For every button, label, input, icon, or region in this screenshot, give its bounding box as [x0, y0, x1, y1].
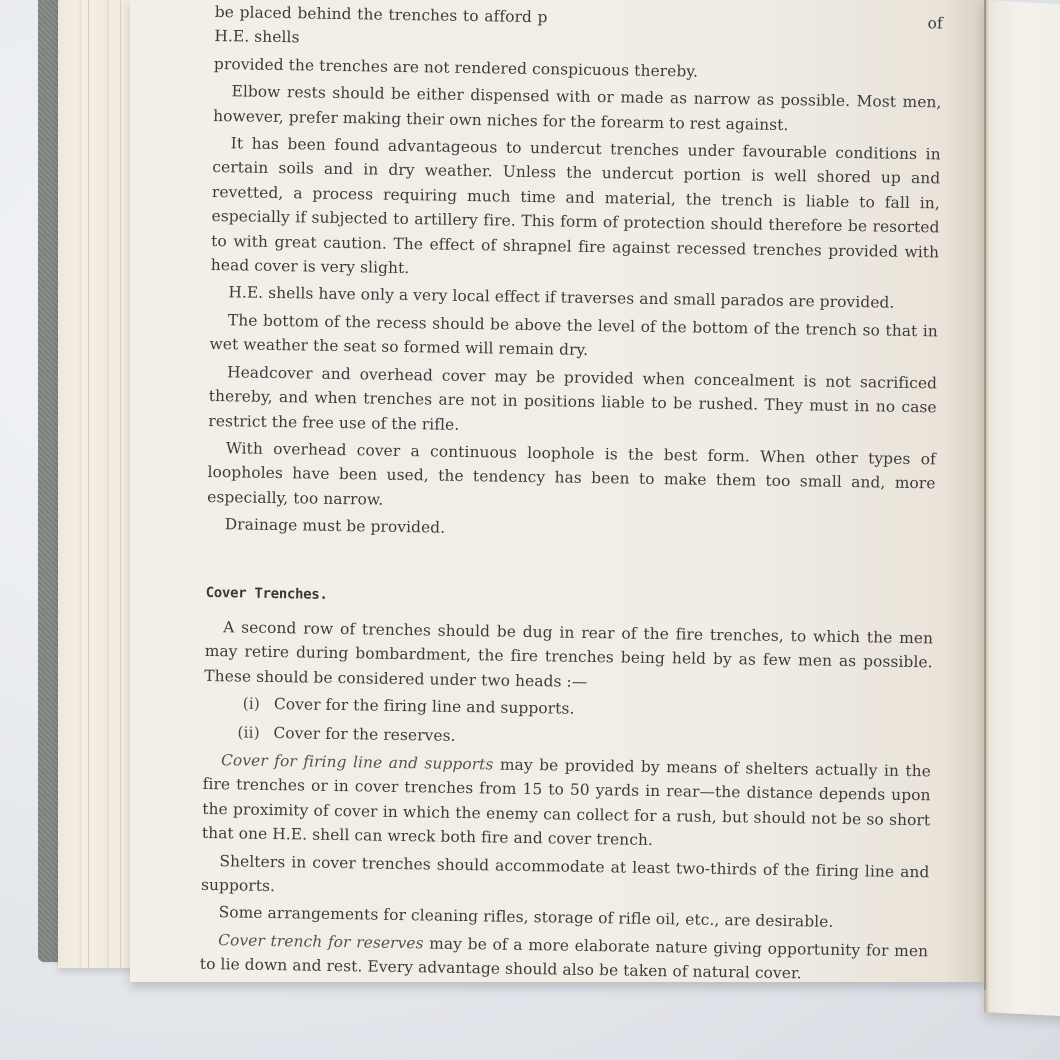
list-text: Cover for the reserves. — [273, 721, 456, 748]
section-heading: Cover Trenches. — [205, 580, 933, 616]
paragraph-shelters: Shelters in cover trenches should accomm… — [201, 848, 930, 908]
paragraph-firing-line-cover: Cover for firing line and supports may b… — [202, 748, 931, 857]
italic-term: Cover for firing line and supports — [221, 751, 494, 773]
page-gutter — [984, 0, 986, 990]
paragraph-undercut: It has been found advantageous to underc… — [211, 131, 941, 289]
page-text: be placed behind the trenches to afford … — [200, 0, 943, 991]
page-edge-line — [120, 0, 121, 968]
list-text: Cover for the firing line and supports. — [274, 692, 575, 721]
partial-top-line: be placed behind the trenches to afford … — [214, 0, 943, 60]
list-number: (ii) — [237, 720, 259, 745]
facing-page — [984, 0, 1060, 1017]
section-intro: A second row of trenches should be dug i… — [204, 615, 933, 700]
list-number: (i) — [238, 692, 260, 717]
partial-line-left: be placed behind the trenches to afford … — [215, 3, 548, 26]
paragraph-elbow-rests: Elbow rests should be either dispensed w… — [213, 79, 942, 139]
page-stack-edges — [58, 0, 138, 968]
page-edge-line — [88, 0, 89, 968]
paragraph-loophole: With overhead cover a continuous loophol… — [207, 436, 936, 521]
paragraph-reserves: Cover trench for reserves may be of a mo… — [200, 928, 929, 988]
paragraph-recess: The bottom of the recess should be above… — [209, 308, 938, 368]
italic-term: Cover trench for reserves — [218, 931, 424, 952]
paragraph-headcover: Headcover and overhead cover may be prov… — [208, 360, 937, 445]
